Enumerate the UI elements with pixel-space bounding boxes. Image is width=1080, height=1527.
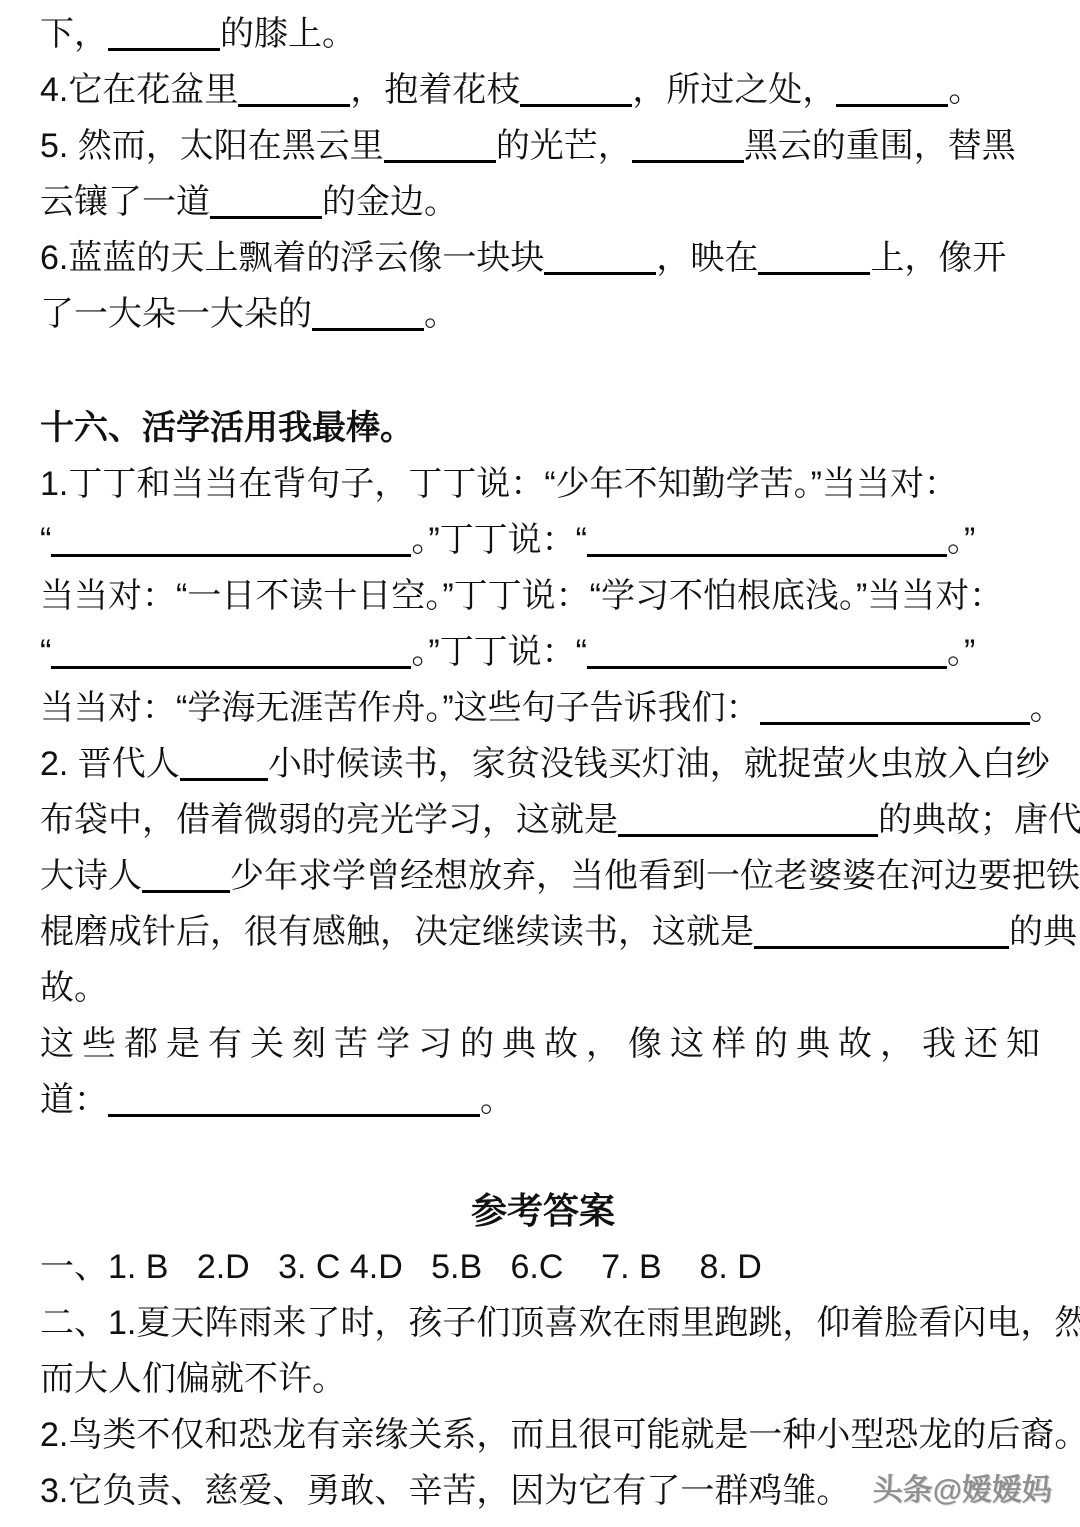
text-segment: 当当对：“学海无涯苦作舟。”这些句子告诉我们：	[40, 689, 760, 727]
text-segment: 的典故；唐代	[878, 801, 1080, 839]
answer-key-section-2-line-1: 二、1.夏天阵雨来了时，孩子们顶喜欢在雨里跑跳，仰着脸看闪电，然	[40, 1295, 1046, 1351]
text-segment: 。	[424, 295, 458, 333]
question-5-line-2: 云镶了一道的金边。	[40, 174, 1046, 230]
fill-in-blank	[384, 126, 496, 163]
text-segment: 的金边。	[322, 183, 458, 221]
section-16-q1-line-1: 1.丁丁和当当在背句子，丁丁说：“少年不知勤学苦。”当当对：	[40, 456, 1046, 512]
text-segment: 。	[480, 1081, 514, 1119]
fill-in-blank	[836, 70, 948, 107]
fill-in-blank	[108, 1080, 480, 1117]
question-6-line-1: 6.蓝蓝的天上飘着的浮云像一块块，映在上，像开	[40, 230, 1046, 286]
text-segment: 2.鸟类不仅和恐龙有亲缘关系，而且很可能就是一种小型恐龙的后裔。	[40, 1416, 1080, 1454]
section-16-q2-line-5: 故。	[40, 960, 1046, 1016]
fill-in-blank	[632, 126, 744, 163]
text-segment: 道：	[40, 1081, 108, 1119]
text-segment: 3.它负责、慈爱、勇敢、辛苦，因为它有了一群鸡雏。	[40, 1472, 850, 1510]
fill-in-blank	[618, 800, 878, 837]
section-16-q1-line-5: 当当对：“学海无涯苦作舟。”这些句子告诉我们：。	[40, 680, 1046, 736]
text-segment: 的膝上。	[220, 15, 356, 53]
text-segment: 黑云的重围，替黑	[744, 127, 1016, 165]
text-segment: 布袋中，借着微弱的亮光学习，这就是	[40, 801, 618, 839]
answer-key-section-1: 一、1. B 2.D 3. C 4.D 5.B 6.C 7. B 8. D	[40, 1239, 1046, 1295]
text-segment: ，所过之处，	[632, 71, 836, 109]
section-16-heading: 十六、活学活用我最棒。	[40, 400, 1046, 456]
text-segment: 4.它在花盆里	[40, 71, 238, 109]
answer-key-section-2-item-2: 2.鸟类不仅和恐龙有亲缘关系，而且很可能就是一种小型恐龙的后裔。	[40, 1407, 1046, 1463]
text-segment: 的光芒，	[496, 127, 632, 165]
section-16-q1-line-4: “。”丁丁说：“。”	[40, 624, 1046, 680]
text-segment: ，抱着花枝	[350, 71, 520, 109]
text-segment: ，映在	[656, 239, 758, 277]
text-segment: 6.蓝蓝的天上飘着的浮云像一块块	[40, 239, 544, 277]
question-5-line-1: 5. 然而，太阳在黑云里的光芒，黑云的重围，替黑	[40, 118, 1046, 174]
text-segment: 一、1. B 2.D 3. C 4.D 5.B 6.C 7. B 8. D	[40, 1248, 762, 1286]
question-6-line-2: 了一大朵一大朵的。	[40, 286, 1046, 342]
text-segment: 了一大朵一大朵的	[40, 295, 312, 333]
fill-in-blank	[754, 912, 1009, 949]
answer-key-heading: 参考答案	[40, 1183, 1046, 1239]
text-segment: 。”丁丁说：“	[411, 633, 587, 671]
text-segment: 当当对：“一日不读十日空。”丁丁说：“学习不怕根底浅。”当当对：	[40, 577, 1003, 615]
fill-in-blank	[51, 632, 411, 669]
fill-in-blank	[210, 182, 322, 219]
fill-in-blank	[758, 238, 870, 275]
text-segment: 参考答案	[471, 1190, 615, 1231]
fill-in-blank	[587, 520, 947, 557]
fill-in-blank	[760, 688, 1030, 725]
continuation-line-question-3: 下，的膝上。	[40, 6, 1046, 62]
section-16-q2-line-1: 2. 晋代人小时候读书，家贫没钱买灯油，就捉萤火虫放入白纱	[40, 736, 1046, 792]
text-segment: 1.丁丁和当当在背句子，丁丁说：“少年不知勤学苦。”当当对：	[40, 465, 958, 503]
text-segment: 。”	[947, 521, 975, 559]
answer-key-section-2-line-2: 而大人们偏就不许。	[40, 1351, 1046, 1407]
text-segment: 。	[948, 71, 982, 109]
text-segment: “	[40, 633, 51, 671]
text-segment: 少年求学曾经想放弃，当他看到一位老婆婆在河边要把铁	[230, 857, 1080, 895]
section-16-q1-line-3: 当当对：“一日不读十日空。”丁丁说：“学习不怕根底浅。”当当对：	[40, 568, 1046, 624]
text-segment: 十六、活学活用我最棒。	[40, 409, 414, 447]
fill-in-blank	[238, 70, 350, 107]
text-segment: 二、1.夏天阵雨来了时，孩子们顶喜欢在雨里跑跳，仰着脸看闪电，然	[40, 1304, 1080, 1342]
watermark: 头条@嫒嫒妈	[873, 1465, 1052, 1509]
fill-in-blank	[520, 70, 632, 107]
section-16-q2-line-7: 道：。	[40, 1072, 1046, 1128]
fill-in-blank	[108, 14, 220, 51]
text-segment: 下，	[40, 15, 108, 53]
text-segment: 云镶了一道	[40, 183, 210, 221]
fill-in-blank	[312, 294, 424, 331]
fill-in-blank	[180, 744, 268, 781]
section-16-q2-line-4: 棍磨成针后，很有感触，决定继续读书，这就是的典	[40, 904, 1046, 960]
text-segment: 的典	[1009, 913, 1077, 951]
fill-in-blank	[142, 856, 230, 893]
text-segment: 上，像开	[870, 239, 1006, 277]
section-16-q2-line-6: 这些都是有关刻苦学习的典故，像这样的典故，我还知	[40, 1016, 1046, 1072]
text-segment: 。	[1030, 689, 1064, 727]
section-16-q2-line-3: 大诗人少年求学曾经想放弃，当他看到一位老婆婆在河边要把铁	[40, 848, 1046, 904]
text-segment: 这些都是有关刻苦学习的典故，像这样的典故，我还知	[40, 1025, 1048, 1063]
text-segment: 故。	[40, 969, 108, 1007]
text-segment: 。”	[947, 633, 975, 671]
section-16-q2-line-2: 布袋中，借着微弱的亮光学习，这就是的典故；唐代	[40, 792, 1046, 848]
text-segment: 2. 晋代人	[40, 745, 180, 783]
text-segment: 棍磨成针后，很有感触，决定继续读书，这就是	[40, 913, 754, 951]
text-segment: 大诗人	[40, 857, 142, 895]
fill-in-blank	[51, 520, 411, 557]
text-segment: 而大人们偏就不许。	[40, 1360, 346, 1398]
text-segment: 。”丁丁说：“	[411, 521, 587, 559]
question-4: 4.它在花盆里，抱着花枝，所过之处，。	[40, 62, 1046, 118]
fill-in-blank	[544, 238, 656, 275]
text-segment: 小时候读书，家贫没钱买灯油，就捉萤火虫放入白纱	[268, 745, 1050, 783]
fill-in-blank	[587, 632, 947, 669]
section-16-q1-line-2: “。”丁丁说：“。”	[40, 512, 1046, 568]
worksheet-body: 下，的膝上。4.它在花盆里，抱着花枝，所过之处，。5. 然而，太阳在黑云里的光芒…	[40, 6, 1046, 1519]
text-segment: 5. 然而，太阳在黑云里	[40, 127, 384, 165]
worksheet-page: 下，的膝上。4.它在花盆里，抱着花枝，所过之处，。5. 然而，太阳在黑云里的光芒…	[0, 0, 1080, 1519]
text-segment: “	[40, 521, 51, 559]
